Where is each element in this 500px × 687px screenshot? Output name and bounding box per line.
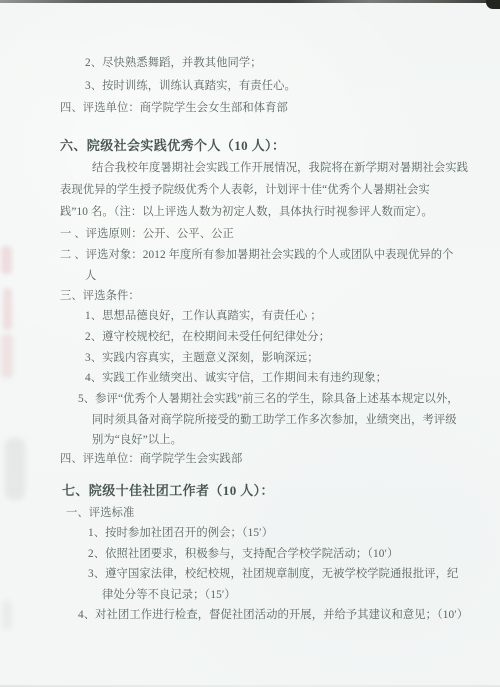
scan-corner-mark	[486, 0, 500, 9]
doc-line: 律处分等不良记录；（15′）	[102, 588, 236, 603]
doc-line: 同时须具备对商学院所接受的勤工助学工作多次参加，业绩突出，考评级	[92, 413, 457, 428]
section-seven-heading: 七、院级十佳社团工作者（10 人）：	[62, 483, 274, 498]
doc-line: 4、对社团工作进行检查，督促社团活动的开展，并给予其建议和意见；（10′）	[78, 608, 468, 623]
ink-bleed-mark	[1, 246, 12, 274]
doc-line: 四、评选单位：商学院学生会实践部	[60, 452, 242, 467]
ink-bleed-mark	[1, 334, 13, 378]
doc-line: 别为“良好”以上。	[92, 433, 182, 448]
doc-line: 四、评选单位：商学院学生会女生部和体育部	[60, 101, 288, 116]
doc-line: 1、按时参加社团召开的例会；（15′）	[88, 526, 273, 541]
scan-top-edge-artifact	[0, 0, 500, 3]
doc-line: 2、遵守校规校纪，在校期间未受任何纪律处分；	[85, 330, 330, 345]
doc-line: 4、实践工作业绩突出、诚实守信，工作期间未有违约现象；	[85, 371, 387, 386]
doc-line: 二 、评选对象：2012 年度所有参加暑期社会实践的个人或团队中表现优异的个	[60, 248, 454, 263]
doc-line: 5、参评“优秀个人暑期社会实践”前三名的学生，除具备上述基本规定以外，	[78, 392, 459, 407]
scanned-document-page: 2、尽快熟悉舞蹈，并教其他同学； 3、按时训练，训练认真踏实，有责任心。 四、评…	[0, 0, 500, 687]
doc-line: 3、按时训练，训练认真踏实，有责任心。	[85, 79, 296, 94]
doc-line: 一、评选标准	[66, 506, 134, 521]
doc-line: 人	[85, 269, 96, 284]
doc-line: 一 、评选原则：公开、公平、公正	[60, 227, 234, 242]
doc-line: 结合我校年度暑期社会实践工作开展情况，我院将在新学期对暑期社会实践	[92, 161, 468, 176]
ink-bleed-mark	[2, 600, 12, 630]
ink-bleed-mark	[3, 288, 12, 330]
doc-line: 3、遵守国家法律，校纪校规，社团规章制度，无被学校学院通报批评，纪	[88, 567, 458, 582]
doc-line: 1、思想品德良好，工作认真踏实，有责任心 ；	[85, 309, 322, 324]
doc-line: 表现优异的学生授予院级优秀个人表彰，计划评十佳“优秀个人暑期社会实	[60, 183, 430, 198]
doc-line: 2、尽快熟悉舞蹈，并教其他同学；	[85, 56, 262, 71]
doc-line: 3、实践内容真实，主题意义深刻，影响深远；	[85, 351, 319, 366]
section-six-heading: 六、院级社会实践优秀个人（10 人）：	[60, 138, 285, 153]
ink-bleed-mark	[5, 438, 25, 500]
doc-line: 践”10 名。（注：以上评选人数为初定人数，具体执行时视参评人数而定）。	[60, 205, 433, 220]
doc-line: 三、评选条件：	[60, 289, 140, 304]
doc-line: 2、依照社团要求，积极参与，支持配合学校学院活动；（10′）	[88, 547, 399, 562]
